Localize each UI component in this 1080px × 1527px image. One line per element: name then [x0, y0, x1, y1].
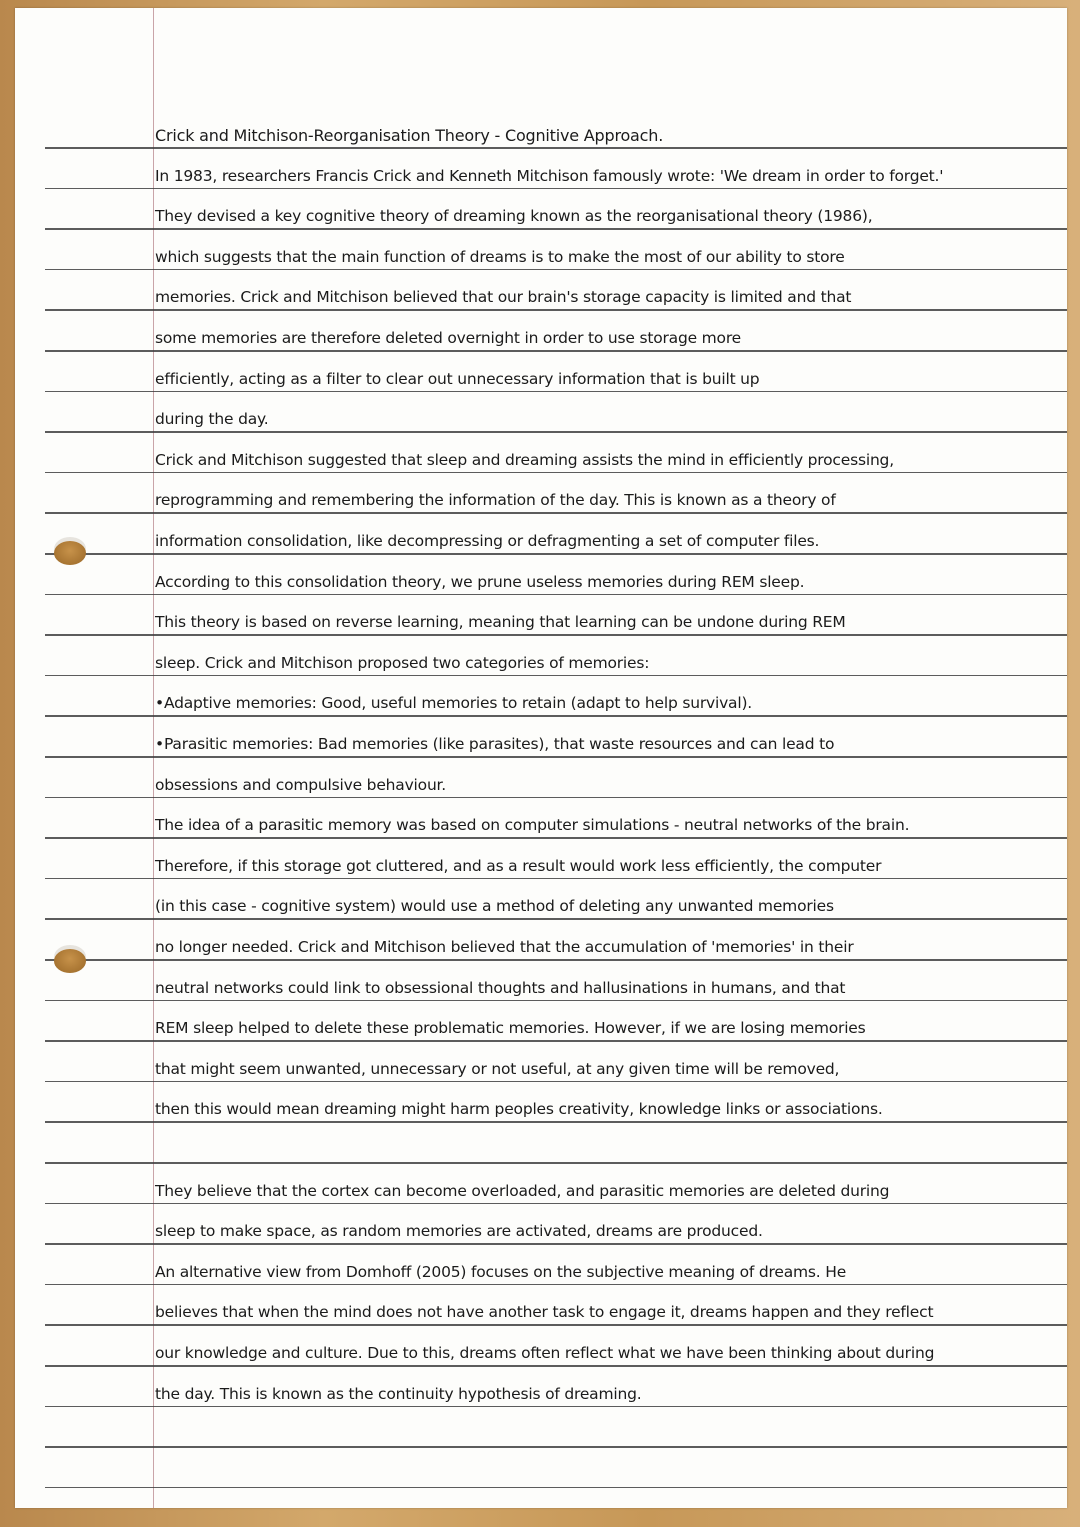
ruled-line: [45, 1162, 1067, 1164]
ruled-line: [45, 634, 1067, 636]
ruled-line: [45, 837, 1067, 839]
note-line: sleep to make space, as random memories …: [155, 1222, 763, 1240]
note-line: •Adaptive memories: Good, useful memorie…: [155, 694, 752, 712]
ruled-line: [45, 553, 1067, 555]
ruled-line: [45, 269, 1067, 271]
note-line: They devised a key cognitive theory of d…: [155, 207, 872, 225]
note-line: •Parasitic memories: Bad memories (like …: [155, 735, 834, 753]
ruled-line: [45, 1081, 1067, 1083]
note-line: then this would mean dreaming might harm…: [155, 1100, 883, 1118]
lined-paper-page: Crick and Mitchison-Reorganisation Theor…: [15, 8, 1067, 1508]
ruled-line: [45, 1121, 1067, 1123]
note-line: efficiently, acting as a filter to clear…: [155, 370, 759, 388]
note-line: sleep. Crick and Mitchison proposed two …: [155, 654, 649, 672]
note-line: This theory is based on reverse learning…: [155, 613, 846, 631]
ruled-line: [45, 309, 1067, 311]
note-line: the day. This is known as the continuity…: [155, 1385, 641, 1403]
note-line: which suggests that the main function of…: [155, 248, 845, 266]
note-line: memories. Crick and Mitchison believed t…: [155, 288, 851, 306]
ruled-line: [45, 878, 1067, 880]
ruled-line: [45, 512, 1067, 514]
note-line: According to this consolidation theory, …: [155, 573, 804, 591]
ruled-line: [45, 675, 1067, 677]
ruled-line: [45, 391, 1067, 393]
note-line: that might seem unwanted, unnecessary or…: [155, 1060, 839, 1078]
ruled-line: [45, 715, 1067, 717]
ruled-line: [45, 797, 1067, 799]
note-line: The idea of a parasitic memory was based…: [155, 816, 909, 834]
note-line: REM sleep helped to delete these problem…: [155, 1019, 866, 1037]
ruled-line: [45, 1203, 1067, 1205]
note-line: They believe that the cortex can become …: [155, 1182, 889, 1200]
note-line: our knowledge and culture. Due to this, …: [155, 1344, 934, 1362]
ruled-line: [45, 959, 1067, 961]
ruled-line: [45, 918, 1067, 920]
ruled-line: [45, 350, 1067, 352]
note-line: reprogramming and remembering the inform…: [155, 491, 836, 509]
ruled-line: [45, 1406, 1067, 1408]
punch-hole-icon: [54, 949, 86, 973]
ruled-line: [45, 1446, 1067, 1448]
note-line: An alternative view from Domhoff (2005) …: [155, 1263, 846, 1281]
note-line: during the day.: [155, 410, 269, 428]
ruled-line: [45, 1365, 1067, 1367]
note-line: In 1983, researchers Francis Crick and K…: [155, 167, 943, 185]
ruled-line: [45, 594, 1067, 596]
ruled-line: [45, 1487, 1067, 1489]
ruled-line: [45, 228, 1067, 230]
ruled-line: [45, 1040, 1067, 1042]
note-line: some memories are therefore deleted over…: [155, 329, 741, 347]
note-line: believes that when the mind does not hav…: [155, 1303, 933, 1321]
note-line: (in this case - cognitive system) would …: [155, 897, 834, 915]
ruled-line: [45, 188, 1067, 190]
note-line: no longer needed. Crick and Mitchison be…: [155, 938, 854, 956]
ruled-line: [45, 1243, 1067, 1245]
ruled-line: [45, 1000, 1067, 1002]
note-line: obsessions and compulsive behaviour.: [155, 776, 446, 794]
ruled-line: [45, 431, 1067, 433]
ruled-line: [45, 472, 1067, 474]
ruled-line: [45, 756, 1067, 758]
note-line: Therefore, if this storage got cluttered…: [155, 857, 881, 875]
punch-hole-icon: [54, 541, 86, 565]
note-line: neutral networks could link to obsession…: [155, 979, 845, 997]
note-line: Crick and Mitchison suggested that sleep…: [155, 451, 894, 469]
ruled-line: [45, 1324, 1067, 1326]
ruled-line: [45, 147, 1067, 149]
note-title: Crick and Mitchison-Reorganisation Theor…: [155, 126, 663, 145]
ruled-line: [45, 1284, 1067, 1286]
note-line: information consolidation, like decompre…: [155, 532, 819, 550]
